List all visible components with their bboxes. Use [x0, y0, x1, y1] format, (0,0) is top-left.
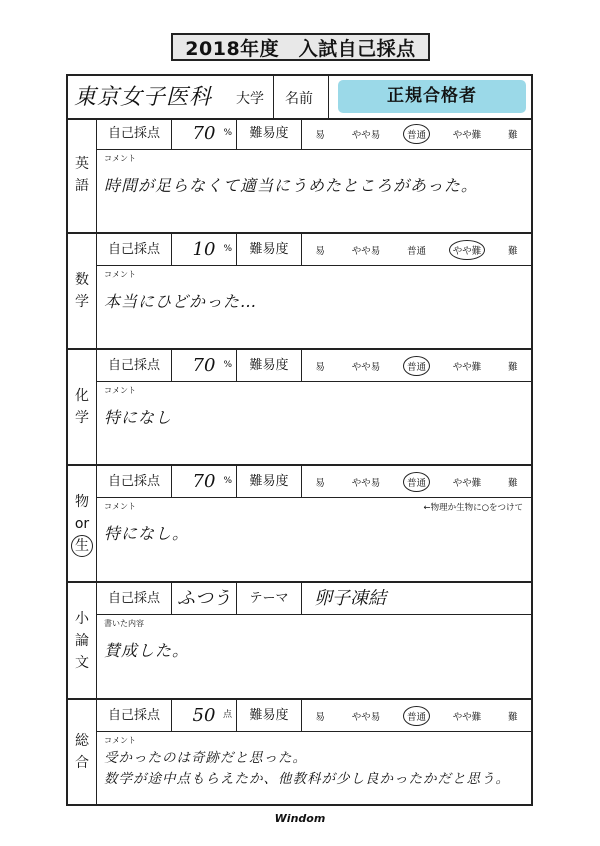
difficulty-option: 普通: [403, 356, 430, 376]
difficulty-scale: 易やや易普通やや難難: [302, 118, 531, 149]
difficulty-option: 普通: [403, 472, 430, 492]
name-value: 正規合格者: [338, 80, 526, 113]
subject-char: 論: [75, 630, 89, 652]
difficulty-option: 難: [504, 706, 522, 726]
difficulty-option: 普通: [403, 706, 430, 726]
score-row: 自己採点70%難易度易やや易普通やや難難: [97, 118, 531, 150]
subject-char: 英: [75, 153, 89, 175]
theme-label: テーマ: [237, 583, 302, 614]
subject-char: 語: [75, 175, 89, 197]
subject-char: 総: [75, 730, 89, 752]
section-4: 小論文自己採点ふつうテーマ卵子凍結書いた内容賛成した。: [68, 583, 531, 700]
difficulty-option: やや難: [449, 706, 486, 726]
subject-label: 数学: [68, 234, 97, 348]
difficulty-option: やや易: [348, 124, 385, 144]
self-score-value: 50: [193, 705, 216, 726]
section-0: 英語自己採点70%難易度易やや易普通やや難難コメント時間が足らなくて適当にうめた…: [68, 118, 531, 234]
subject-char: 数: [75, 269, 89, 291]
self-score-cell: 70%: [172, 350, 237, 381]
comment-label: コメント: [104, 735, 136, 746]
difficulty-option: やや易: [348, 472, 385, 492]
difficulty-scale: 易やや易普通やや難難: [302, 350, 531, 381]
sheet-header: 東京女子医科 大学 名前 正規合格者: [68, 76, 531, 120]
self-score-cell: 70%: [172, 118, 237, 149]
instruction-note: ←物理か生物に○をつけて: [423, 501, 523, 513]
subject-char: 生: [71, 535, 93, 557]
comment-text: 時間が足らなくて適当にうめたところがあった。: [104, 173, 478, 196]
self-score-label: 自己採点: [97, 234, 172, 265]
difficulty-option: 易: [311, 356, 329, 376]
score-unit: %: [223, 466, 232, 497]
name-label: 名前: [285, 88, 313, 108]
difficulty-option: やや易: [348, 240, 385, 260]
difficulty-option: 易: [311, 240, 329, 260]
score-row: 自己採点70%難易度易やや易普通やや難難: [97, 350, 531, 382]
divider: [273, 76, 274, 118]
comment-label: コメント: [104, 501, 136, 512]
comment-text: 賛成した。: [104, 638, 189, 661]
difficulty-option: 難: [504, 240, 522, 260]
self-score-label: 自己採点: [97, 350, 172, 381]
score-unit: %: [223, 350, 232, 381]
difficulty-label: 難易度: [237, 234, 302, 265]
self-score-label: 自己採点: [97, 583, 172, 614]
difficulty-option: 易: [311, 124, 329, 144]
subject-char: 合: [75, 752, 89, 774]
difficulty-label: 難易度: [237, 350, 302, 381]
self-score-label: 自己採点: [97, 700, 172, 731]
score-unit: %: [223, 118, 232, 149]
subject-char: or: [75, 513, 89, 535]
difficulty-option: やや易: [348, 356, 385, 376]
self-score-cell: 70%: [172, 466, 237, 497]
comment-label: コメント: [104, 153, 136, 164]
subject-label: 物or生: [68, 466, 97, 581]
section-3: 物or生自己採点70%難易度易やや易普通やや難難コメント←物理か生物に○をつけて…: [68, 466, 531, 583]
university-name: 東京女子医科: [74, 80, 212, 111]
difficulty-option: やや易: [348, 706, 385, 726]
publisher-logo: Windom: [0, 812, 600, 825]
score-row: 自己採点ふつうテーマ卵子凍結: [97, 583, 531, 615]
comment-text: 特になし: [104, 405, 172, 428]
comment-text: 受かったのは奇跡だと思った。: [104, 746, 307, 766]
self-score-cell: 10%: [172, 234, 237, 265]
difficulty-option: やや難: [449, 240, 486, 260]
difficulty-label: 難易度: [237, 700, 302, 731]
divider: [328, 76, 329, 118]
difficulty-option: 難: [504, 124, 522, 144]
self-score-value: 70: [193, 355, 216, 376]
difficulty-option: 易: [311, 472, 329, 492]
difficulty-label: 難易度: [237, 118, 302, 149]
comment-text: 数学が途中点もらえたか、他教科が少し良かったかだと思う。: [104, 767, 510, 787]
self-score-value: ふつう: [177, 588, 231, 609]
difficulty-scale: 易やや易普通やや難難: [302, 466, 531, 497]
self-score-value: 70: [193, 123, 216, 144]
difficulty-option: やや難: [449, 124, 486, 144]
section-1: 数学自己採点10%難易度易やや易普通やや難難コメント本当にひどかった…: [68, 234, 531, 350]
self-score-label: 自己採点: [97, 118, 172, 149]
self-score-label: 自己採点: [97, 466, 172, 497]
difficulty-option: 普通: [403, 240, 430, 260]
subject-label: 小論文: [68, 583, 97, 698]
self-score-value: 10: [193, 239, 216, 260]
comment-label: 書いた内容: [104, 618, 144, 629]
subject-label: 英語: [68, 118, 97, 232]
subject-char: 文: [75, 652, 89, 674]
self-score-value: 70: [193, 471, 216, 492]
score-row: 自己採点10%難易度易やや易普通やや難難: [97, 234, 531, 266]
subject-label: 化学: [68, 350, 97, 464]
score-unit: %: [223, 234, 232, 265]
subject-char: 学: [75, 291, 89, 313]
score-sheet: 東京女子医科 大学 名前 正規合格者 英語自己採点70%難易度易やや易普通やや難…: [66, 74, 533, 806]
subject-char: 学: [75, 407, 89, 429]
difficulty-option: やや難: [449, 472, 486, 492]
score-row: 自己採点70%難易度易やや易普通やや難難: [97, 466, 531, 498]
comment-label: コメント: [104, 385, 136, 396]
difficulty-option: やや難: [449, 356, 486, 376]
subject-label: 総合: [68, 700, 97, 804]
theme-value: 卵子凍結: [302, 583, 531, 614]
section-5: 総合自己採点50点難易度易やや易普通やや難難コメント受かったのは奇跡だと思った。…: [68, 700, 531, 804]
self-score-cell: 50点: [172, 700, 237, 731]
comment-label: コメント: [104, 269, 136, 280]
difficulty-option: 難: [504, 472, 522, 492]
subject-char: 物: [75, 491, 89, 513]
page-title: 2018年度 入試自己採点: [171, 33, 430, 61]
university-suffix: 大学: [236, 88, 264, 108]
subject-char: 小: [75, 608, 89, 630]
subject-char: 化: [75, 385, 89, 407]
difficulty-scale: 易やや易普通やや難難: [302, 234, 531, 265]
comment-text: 特になし。: [104, 521, 189, 544]
score-unit: 点: [223, 700, 232, 731]
self-score-cell: ふつう: [172, 583, 237, 614]
difficulty-label: 難易度: [237, 466, 302, 497]
difficulty-scale: 易やや易普通やや難難: [302, 700, 531, 731]
score-row: 自己採点50点難易度易やや易普通やや難難: [97, 700, 531, 732]
comment-text: 本当にひどかった…: [104, 289, 257, 312]
section-2: 化学自己採点70%難易度易やや易普通やや難難コメント特になし: [68, 350, 531, 466]
difficulty-option: 難: [504, 356, 522, 376]
difficulty-option: 普通: [403, 124, 430, 144]
difficulty-option: 易: [311, 706, 329, 726]
